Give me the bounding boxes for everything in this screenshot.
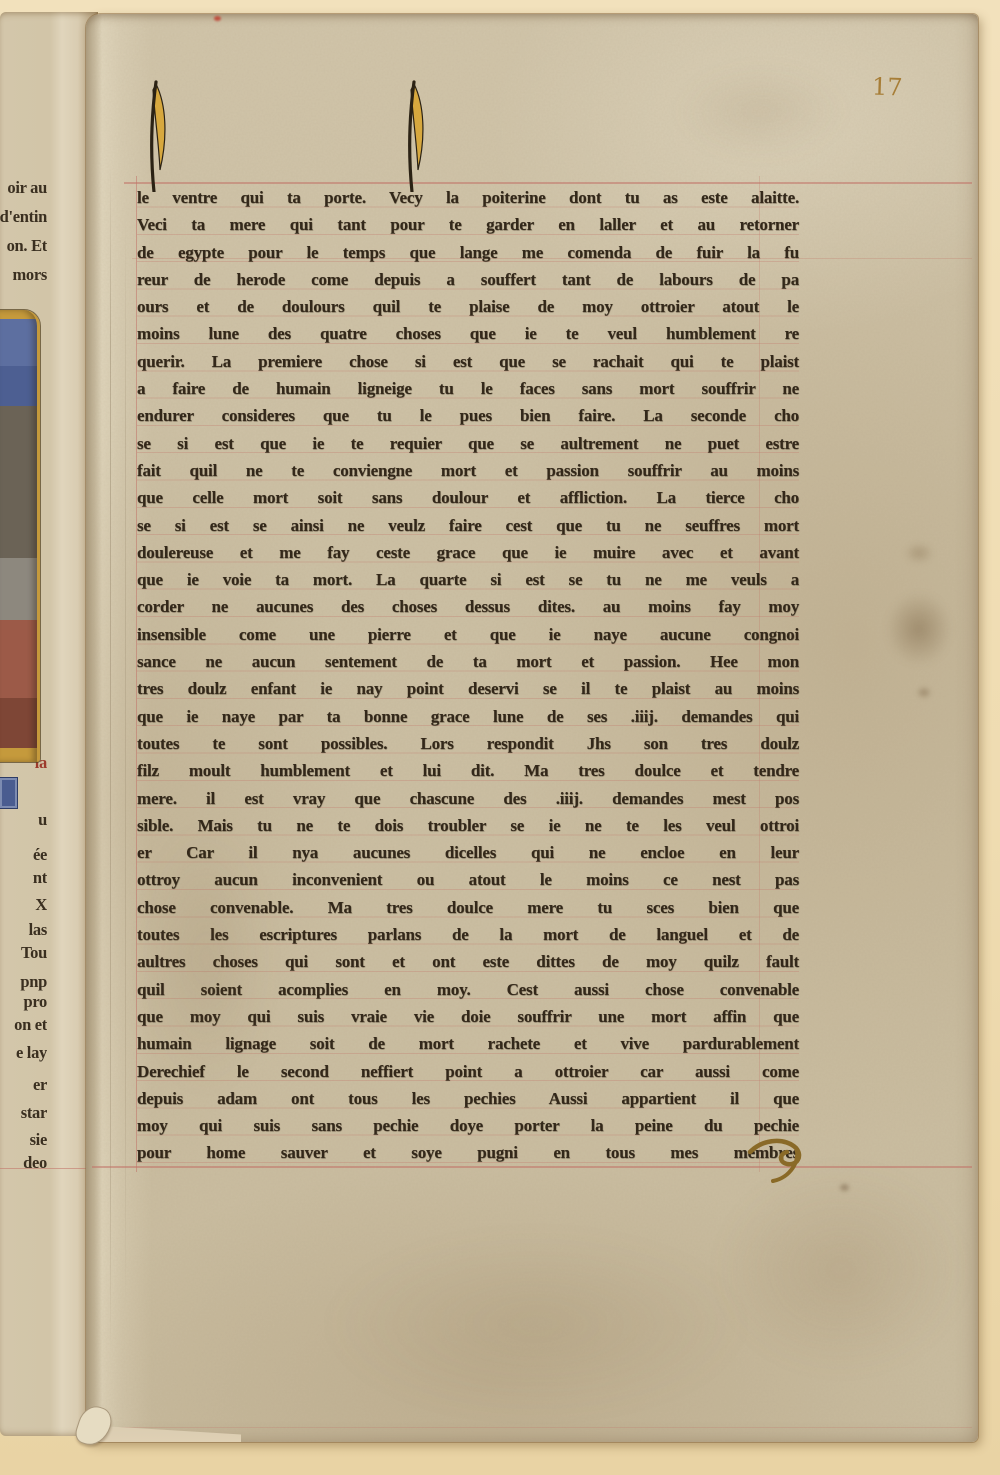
folio-edge-text-fragment: Tou [0, 943, 47, 968]
manuscript-text-line: sible. Mais tu ne te dois troubler se ie… [137, 812, 799, 839]
manuscript-text-line: quil soient acomplies en moy. Cest aussi… [137, 976, 799, 1003]
illumination-fragment [0, 310, 40, 762]
folio-edge-text-fragment: mors [0, 265, 47, 290]
manuscript-text-line: fait quil ne te conviengne mort et passi… [137, 457, 799, 484]
manuscript-text-line: se si est se ainsi ne veulz faire cest q… [137, 512, 799, 539]
manuscript-text-line: que ie naye par ta bonne grace lune de s… [137, 703, 799, 730]
manuscript-text-line: de egypte pour le temps que lange me com… [137, 239, 799, 266]
manuscript-text-line: tres doulz enfant ie nay point deservi s… [137, 675, 799, 702]
manuscript-text-line: aultres choses qui sont et ont este ditt… [137, 948, 799, 975]
manuscript-text-line: depuis adam ont tous les pechies Aussi a… [137, 1085, 799, 1112]
manuscript-text-line: doulereuse et me fay ceste grace que ie … [137, 539, 799, 566]
ruling-line [92, 1427, 972, 1428]
folio-edge-text-fragment: las [0, 920, 47, 945]
manuscript-text-line: ours et de doulours quil te plaise de mo… [137, 293, 799, 320]
manuscript-text-line: Veci ta mere qui tant pour te garder en … [137, 211, 799, 238]
manuscript-text-line: corder ne aucunes des choses dessus dite… [137, 593, 799, 620]
manuscript-text-line: toutes les escriptures parlans de la mor… [137, 921, 799, 948]
manuscript-page: 17 le ventre qui ta porte. Vecy la poite… [86, 14, 978, 1442]
manuscript-text-line: que moy qui suis vraie vie doie souffrir… [137, 1003, 799, 1030]
folio-edge-text-fragment: deo [0, 1153, 47, 1178]
illuminated-initial-fragment [0, 777, 18, 809]
gutter-crease [110, 164, 111, 1354]
folio-edge-text-fragment: on. Et [0, 236, 47, 261]
stain-mark [326, 1234, 746, 1414]
manuscript-photo: oir aud'entinon. EtmorslauéentXlasToupnp… [0, 0, 1000, 1475]
folio-edge-text-fragment: u [0, 810, 47, 835]
folio-edge-text-fragment: er [0, 1075, 47, 1100]
manuscript-text-line: que celle mort soit sans doulour et affl… [137, 484, 799, 511]
stain-mark [904, 542, 934, 564]
folio-edge-text-fragment: sie [0, 1130, 47, 1155]
manuscript-text-line: querir. La premiere chose si est que se … [137, 348, 799, 375]
pen-flourish-icon [402, 78, 432, 192]
manuscript-text-line: a faire de humain ligneige tu le faces s… [137, 375, 799, 402]
manuscript-text-line: se si est que ie te requier que se aultr… [137, 430, 799, 457]
folio-edge-text-fragment: oir au [0, 178, 47, 203]
folio-edge-text-fragment: X [0, 895, 47, 920]
line-filler-flourish-icon [746, 1136, 808, 1186]
stain-mark [916, 686, 932, 699]
manuscript-text-line: sance ne aucun sentement de ta mort et p… [137, 648, 799, 675]
manuscript-text-line: toutes te sont possibles. Lors respondit… [137, 730, 799, 757]
manuscript-text-line: filz moult humblement et lui dit. Ma tre… [137, 757, 799, 784]
manuscript-text-line: mere. il est vray que chascune des .iiij… [137, 785, 799, 812]
red-mark [214, 16, 221, 21]
folio-edge-text-fragment: pro [0, 992, 47, 1017]
folio-number: 17 [872, 72, 904, 101]
ruling-line [0, 1168, 92, 1169]
folio-edge-text-fragment: star [0, 1103, 47, 1128]
manuscript-text-line: le ventre qui ta porte. Vecy la poiterin… [137, 184, 799, 211]
manuscript-text-block: le ventre qui ta porte. Vecy la poiterin… [137, 184, 799, 1167]
manuscript-text-line: pour home sauver et soye pugni en tous m… [137, 1139, 799, 1166]
gutter-crease [125, 214, 126, 1314]
previous-folio-edge: oir aud'entinon. EtmorslauéentXlasToupnp… [0, 12, 98, 1436]
folio-edge-text-fragment: e lay [0, 1043, 47, 1068]
manuscript-text-line: que ie voie ta mort. La quarte si est se… [137, 566, 799, 593]
manuscript-text-line: humain lignage soit de mort rachete et v… [137, 1030, 799, 1057]
folio-edge-text-fragment: ée [0, 845, 47, 870]
stain-mark [716, 1164, 966, 1374]
manuscript-text-line: moins lune des quatre choses que ie te v… [137, 320, 799, 347]
manuscript-text-line: Derechief le second neffiert point a ott… [137, 1058, 799, 1085]
manuscript-text-line: ottroy aucun inconvenient ou atout le mo… [137, 866, 799, 893]
folio-edge-text-fragment: on et [0, 1015, 47, 1040]
stain-mark [886, 592, 952, 666]
folio-edge-text-fragment: nt [0, 868, 47, 893]
stain-mark [676, 64, 846, 159]
manuscript-text-line: chose convenable. Ma tres doulce mere tu… [137, 894, 799, 921]
manuscript-text-line: er Car il nya aucunes dicelles qui ne en… [137, 839, 799, 866]
stain-mark [838, 1182, 851, 1193]
folio-edge-text-fragment: d'entin [0, 207, 47, 232]
pen-flourish-icon [144, 78, 174, 192]
manuscript-text-line: moy qui suis sans pechie doye porter la … [137, 1112, 799, 1139]
manuscript-text-line: insensible come une pierre et que ie nay… [137, 621, 799, 648]
manuscript-text-line: endurer consideres que tu le pues bien f… [137, 402, 799, 429]
manuscript-text-line: reur de herode come depuis a souffert ta… [137, 266, 799, 293]
